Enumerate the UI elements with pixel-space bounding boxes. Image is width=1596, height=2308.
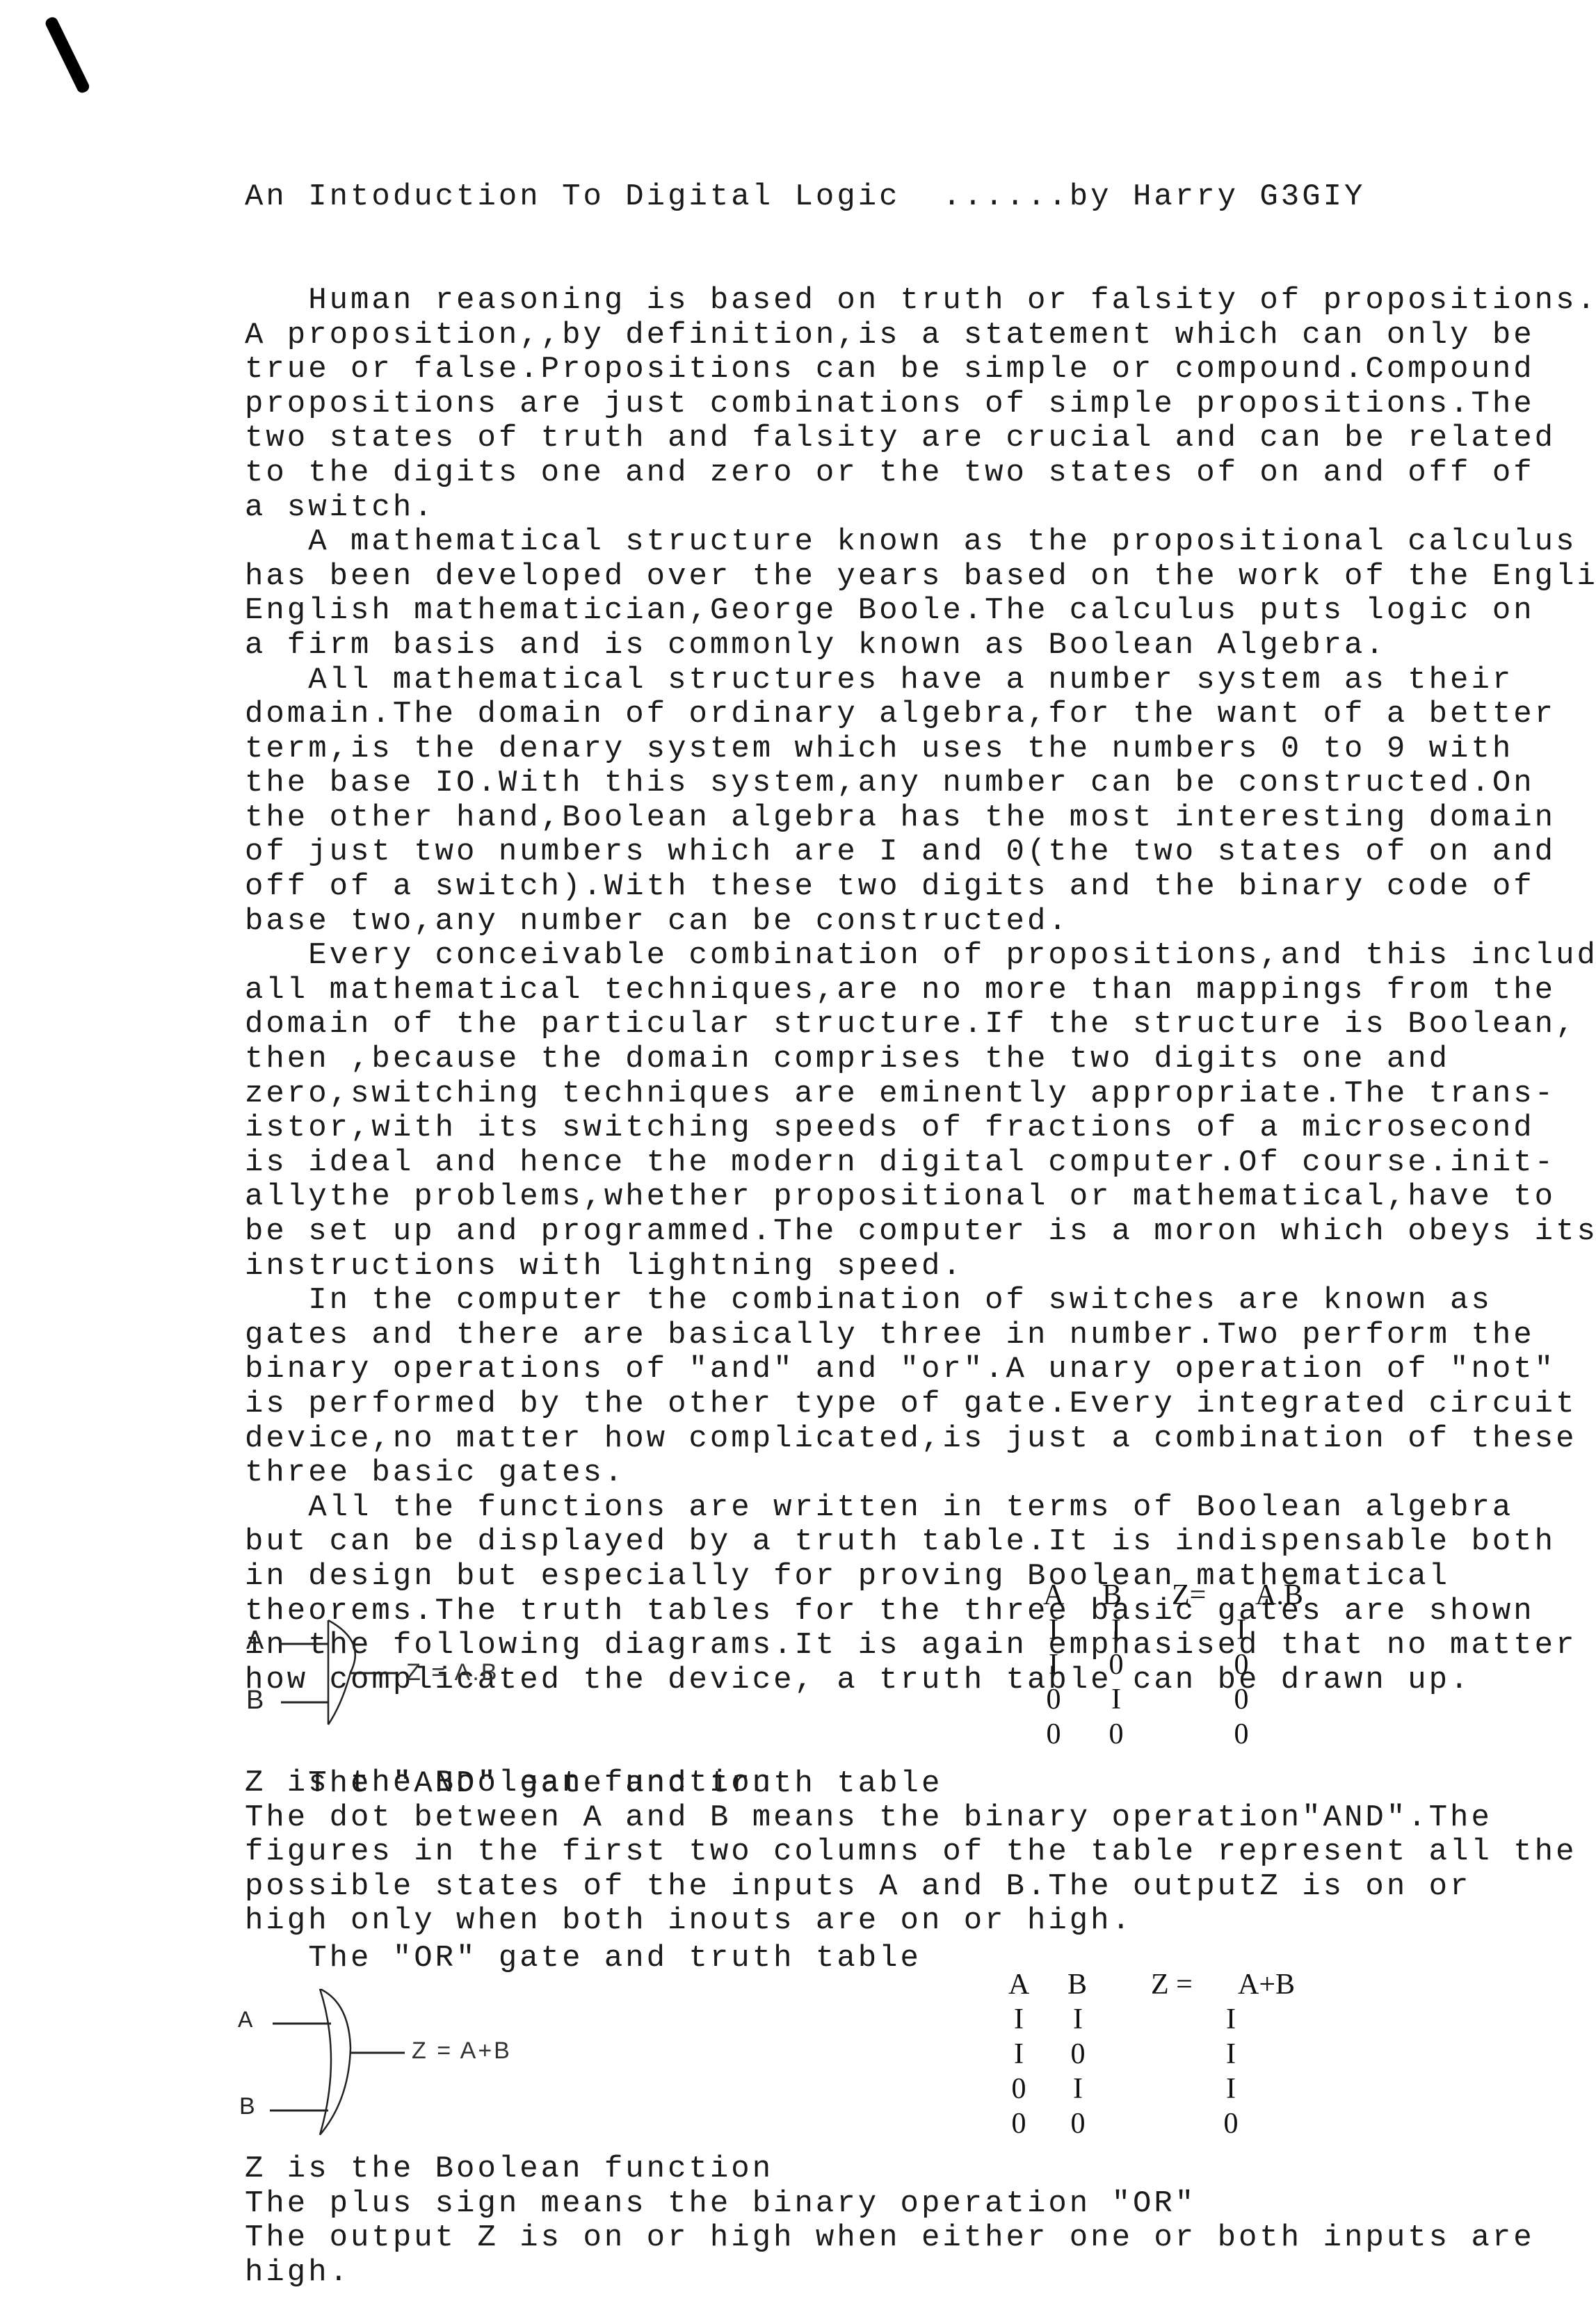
caption-line: The dot between A and B means the binary… <box>245 1801 1577 1836</box>
truth-table-cell: I <box>1095 1613 1137 1647</box>
body-line: Every conceivable combination of proposi… <box>245 939 1594 974</box>
body-line: A proposition,,by definition,is a statem… <box>245 318 1594 353</box>
body-paragraphs: Human reasoning is based on truth or fal… <box>245 284 1594 1697</box>
or-gate-heading: The "OR" gate and truth table <box>245 1942 921 1976</box>
body-line: of just two numbers which are I and 0(th… <box>245 835 1594 870</box>
truth-table-cell: I <box>1033 1613 1074 1647</box>
body-line: a firm basis and is commonly known as Bo… <box>245 629 1594 663</box>
truth-table-cell: 0 <box>998 2107 1040 2140</box>
body-line: Human reasoning is based on truth or fal… <box>245 284 1594 318</box>
or-truth-table: ABZ =A+BIIII0I0II000 <box>988 1968 1321 2142</box>
body-line: propositions are just combinations of si… <box>245 387 1594 422</box>
body-line: binary operations of "and" and "or".A un… <box>245 1353 1594 1387</box>
body-line: gates and there are basically three in n… <box>245 1318 1594 1353</box>
caption-line: figures in the first two columns of the … <box>245 1835 1577 1870</box>
or-caption: Z is the Boolean functionThe plus sign m… <box>245 2152 1535 2290</box>
body-line: two states of truth and falsity are cruc… <box>245 421 1594 456</box>
body-line: off of a switch).With these two digits a… <box>245 870 1594 905</box>
body-line: to the digits one and zero or the two st… <box>245 456 1594 491</box>
body-line: allythe problems,whether propositional o… <box>245 1180 1594 1215</box>
truth-table-header-cell: A <box>1008 1968 1029 2001</box>
body-line: A mathematical structure known as the pr… <box>245 525 1594 560</box>
truth-table-cell: 0 <box>998 2072 1040 2106</box>
body-line: then ,because the domain comprises the t… <box>245 1042 1594 1077</box>
body-line: In the computer the combination of switc… <box>245 1284 1594 1318</box>
body-line: base two,any number can be constructed. <box>245 905 1594 939</box>
truth-table-cell: 0 <box>1057 2107 1099 2140</box>
truth-table-cell: 0 <box>1095 1718 1137 1751</box>
truth-table-cell: 0 <box>1033 1683 1074 1716</box>
body-line: All mathematical structures have a numbe… <box>245 663 1594 698</box>
body-line: English mathematician,George Boole.The c… <box>245 594 1594 629</box>
truth-table-cell: I <box>1210 2072 1252 2106</box>
truth-table-header-cell: B <box>1102 1579 1122 1612</box>
truth-table-cell: I <box>1057 2072 1099 2106</box>
body-line: be set up and programmed.The computer is… <box>245 1215 1594 1250</box>
truth-table-cell: 0 <box>1220 1683 1262 1716</box>
and-input-a-label: A <box>246 1626 264 1656</box>
or-gate-diagram: A B Z = A+B <box>245 1989 1566 2142</box>
body-line: All the functions are written in terms o… <box>245 1491 1594 1526</box>
body-line: a switch. <box>245 491 1594 526</box>
body-line: is ideal and hence the modern digital co… <box>245 1146 1594 1181</box>
body-line: domain.The domain of ordinary algebra,fo… <box>245 697 1594 732</box>
truth-table-header-cell: A+B <box>1238 1968 1295 2001</box>
truth-table-cell: I <box>998 2037 1040 2071</box>
body-line: the base IO.With this system,any number … <box>245 766 1594 801</box>
body-line: istor,with its switching speeds of fract… <box>245 1111 1594 1146</box>
body-line: all mathematical techniques,are no more … <box>245 974 1594 1008</box>
truth-table-cell: 0 <box>1210 2107 1252 2140</box>
truth-table-header-cell: Z= <box>1172 1579 1206 1612</box>
truth-table-header-cell: A <box>1043 1579 1064 1612</box>
body-line: the other hand,Boolean algebra has the m… <box>245 801 1594 836</box>
truth-table-cell: I <box>1210 2037 1252 2071</box>
body-line: instructions with lightning speed. <box>245 1250 1594 1284</box>
body-line: is performed by the other type of gate.E… <box>245 1387 1594 1422</box>
truth-table-cell: 0 <box>1220 1648 1262 1681</box>
and-caption: Z is the Boolean functionThe dot between… <box>245 1766 1577 1939</box>
truth-table-cell: 0 <box>1220 1718 1262 1751</box>
document-title: An Intoduction To Digital Logic ......by… <box>245 180 1594 215</box>
caption-line: high. <box>245 2256 1535 2291</box>
truth-table-header-cell: Z = <box>1151 1968 1193 2001</box>
truth-table-cell: 0 <box>1057 2037 1099 2071</box>
caption-line: Z is the Boolean function <box>245 2152 1535 2187</box>
body-line: in design but especially for proving Boo… <box>245 1560 1594 1595</box>
or-input-b-label: B <box>239 2093 255 2120</box>
truth-table-cell: 0 <box>1095 1648 1137 1681</box>
body-line: true or false.Propositions can be simple… <box>245 353 1594 387</box>
caption-line: possible states of the inputs A and B.Th… <box>245 1870 1577 1905</box>
article-body: An Intoduction To Digital Logic ......by… <box>245 111 1594 1870</box>
truth-table-cell: 0 <box>1033 1718 1074 1751</box>
or-input-a-label: A <box>238 2007 252 2033</box>
body-line: term,is the denary system which uses the… <box>245 732 1594 767</box>
truth-table-cell: I <box>1095 1683 1137 1716</box>
truth-table-cell: I <box>1057 2003 1099 2036</box>
caption-line: Z is the Boolean function <box>245 1766 1577 1801</box>
pen-mark <box>44 15 91 95</box>
truth-table-cell: I <box>1210 2003 1252 2036</box>
body-line: domain of the particular structure.If th… <box>245 1008 1594 1042</box>
truth-table-cell: I <box>998 2003 1040 2036</box>
body-line: zero,switching techniques are eminently … <box>245 1077 1594 1112</box>
or-gate-icon <box>245 1989 732 2142</box>
truth-table-cell: I <box>1220 1613 1262 1647</box>
body-line: has been developed over the years based … <box>245 560 1594 595</box>
and-truth-table: ABZ=A.BIIII000I0000 <box>1008 1579 1328 1759</box>
caption-line: high only when both inouts are on or hig… <box>245 1904 1577 1939</box>
or-expression: Z = A+B <box>412 2037 512 2065</box>
truth-table-header-cell: A.B <box>1255 1579 1303 1612</box>
body-line: but can be displayed by a truth table.It… <box>245 1525 1594 1560</box>
and-input-b-label: B <box>246 1686 264 1716</box>
body-line: device,no matter how complicated,is just… <box>245 1422 1594 1457</box>
body-line: three basic gates. <box>245 1456 1594 1491</box>
truth-table-cell: I <box>1033 1648 1074 1681</box>
and-expression: Z = A.B <box>406 1659 499 1686</box>
truth-table-header-cell: B <box>1067 1968 1087 2001</box>
caption-line: The plus sign means the binary operation… <box>245 2187 1535 2222</box>
and-gate-icon <box>245 1613 732 1766</box>
and-gate-diagram: A B Z = A.B <box>245 1613 1566 1766</box>
caption-line: The output Z is on or high when either o… <box>245 2221 1535 2256</box>
document-page: An Intoduction To Digital Logic ......by… <box>0 0 1596 2308</box>
